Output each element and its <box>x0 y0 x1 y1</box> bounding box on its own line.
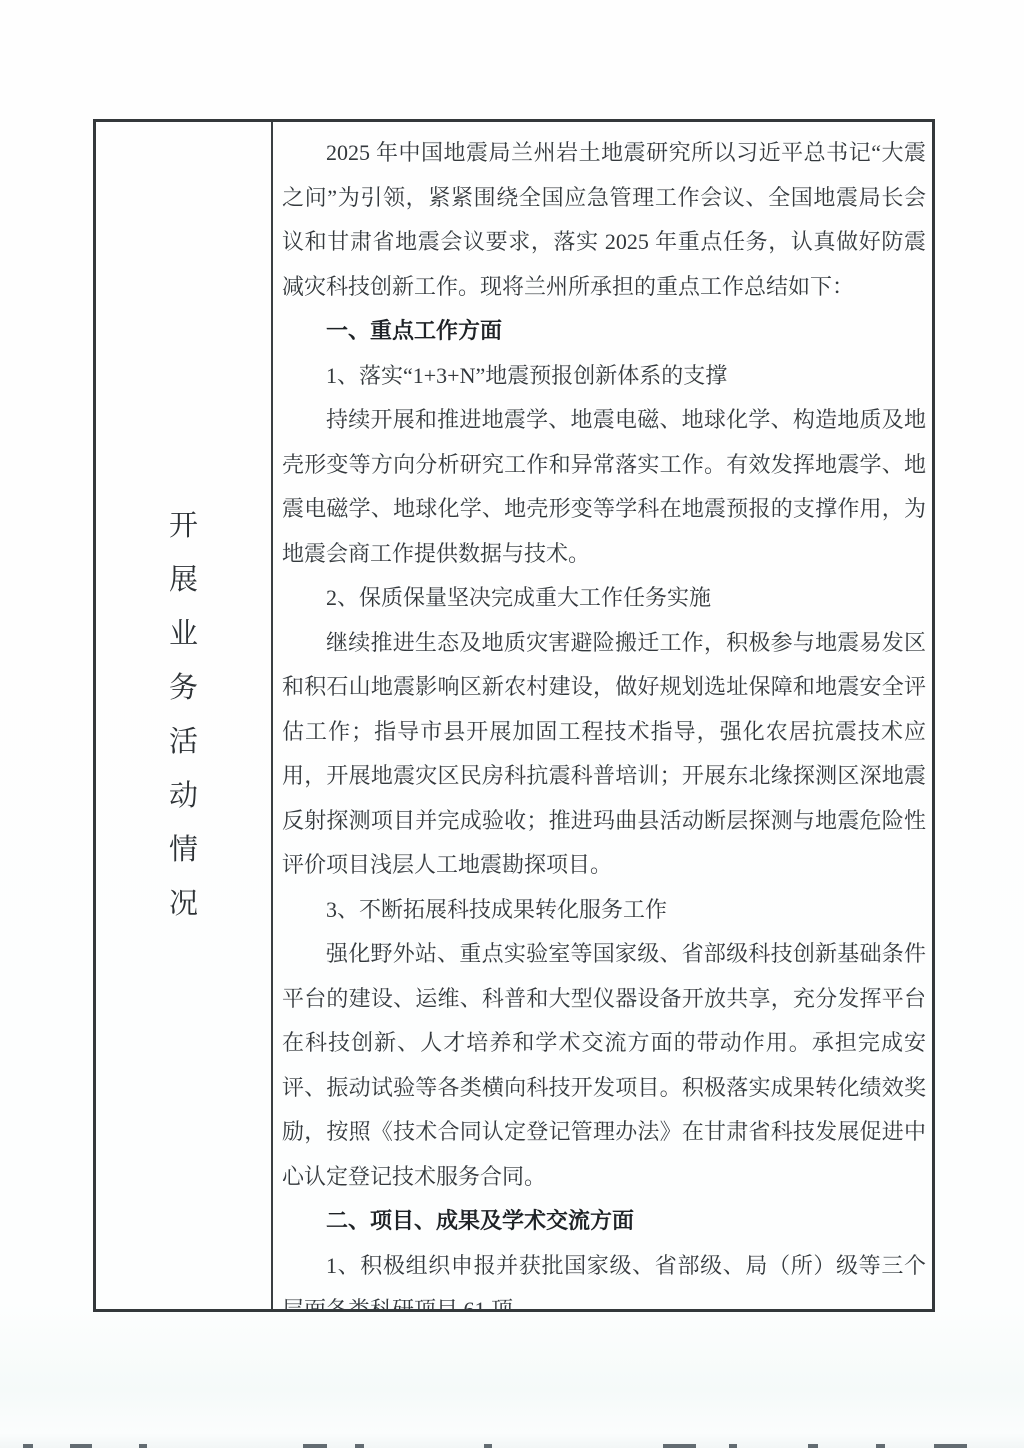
subheading-tech-transfer: 3、不断拓展科技成果转化服务工作 <box>282 888 926 933</box>
paragraph-projects-count: 1、积极组织申报并获批国家级、省部级、局（所）级等三个层面各类科研项目 61 项… <box>282 1244 926 1310</box>
row-label-char: 业 <box>169 620 198 649</box>
row-label-char: 活 <box>169 728 198 757</box>
subheading-major-tasks: 2、保质保量坚决完成重大工作任务实施 <box>282 576 926 621</box>
heading-projects-exchange: 二、项目、成果及学术交流方面 <box>282 1199 926 1244</box>
scan-artifact <box>303 1444 327 1448</box>
scan-artifact <box>934 1444 967 1448</box>
heading-key-work: 一、重点工作方面 <box>282 309 926 354</box>
row-label-char: 况 <box>169 890 198 919</box>
scan-artifact <box>663 1444 696 1448</box>
scan-artifact <box>355 1444 364 1448</box>
row-label-cell: 开 展 业 务 活 动 情 况 <box>96 122 273 1309</box>
scanned-document-page: 开 展 业 务 活 动 情 况 2025 年中国地震局兰州岩土地震研究所以习近平… <box>0 0 1024 1448</box>
scan-artifact <box>70 1444 92 1448</box>
activity-report-table: 开 展 业 务 活 动 情 况 2025 年中国地震局兰州岩土地震研究所以习近平… <box>93 119 935 1312</box>
row-label-char: 务 <box>169 674 198 703</box>
row-label-char: 开 <box>169 512 198 541</box>
scan-artifact <box>23 1444 33 1448</box>
scan-artifact <box>876 1444 885 1448</box>
row-label-char: 动 <box>169 782 198 811</box>
paragraph-tech-transfer-detail: 强化野外站、重点实验室等国家级、省部级科技创新基础条件平台的建设、运维、科普和大… <box>282 932 926 1199</box>
activity-content-cell: 2025 年中国地震局兰州岩土地震研究所以习近平总书记“大震之问”为引领，紧紧围… <box>273 122 932 1309</box>
scan-artifact <box>139 1444 147 1448</box>
scan-artifact <box>729 1444 737 1448</box>
scan-artifact <box>808 1444 818 1448</box>
row-label-char: 情 <box>169 836 198 865</box>
subheading-forecast-system: 1、落实“1+3+N”地震预报创新体系的支撑 <box>282 354 926 399</box>
paragraph-major-tasks-detail: 继续推进生态及地质灾害避险搬迁工作，积极参与地震易发区和积石山地震影响区新农村建… <box>282 621 926 888</box>
paragraph-intro: 2025 年中国地震局兰州岩土地震研究所以习近平总书记“大震之问”为引领，紧紧围… <box>282 131 926 309</box>
row-label-char: 展 <box>169 566 198 595</box>
paragraph-forecast-detail: 持续开展和推进地震学、地震电磁、地球化学、构造地质及地壳形变等方向分析研究工作和… <box>282 398 926 576</box>
scan-artifact <box>484 1444 492 1448</box>
